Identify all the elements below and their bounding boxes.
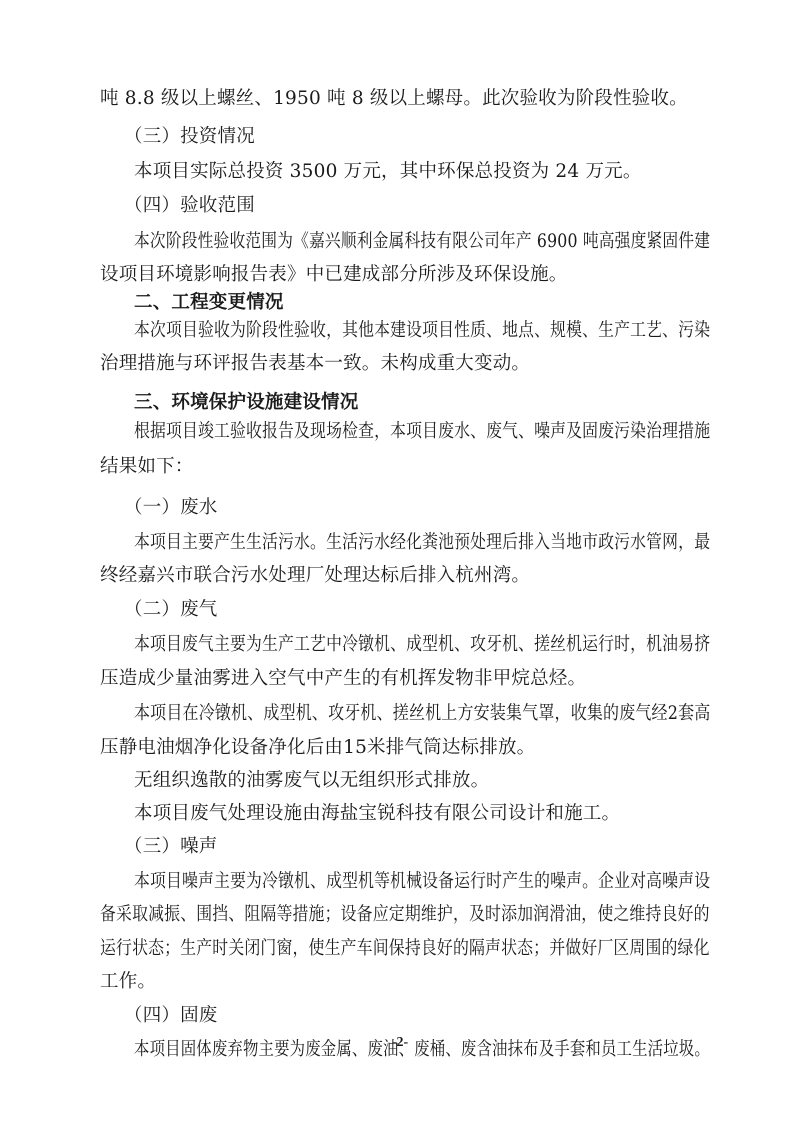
subsection-heading: （四）固废	[124, 1004, 218, 1028]
body-text-line: 无组织逸散的油雾废气以无组织形式排放。	[134, 769, 489, 793]
body-text-line: 吨 8.8 级以上螺丝、1950 吨 8 级以上螺母。此次验收为阶段性验收。	[100, 87, 688, 111]
body-text-line: 本项目在冷镦机、成型机、攻牙机、搓丝机上方安装集气罩，收集的废气经2套高	[134, 702, 710, 726]
body-text-line: 设项目环境影响报告表》中已建成部分所涉及环保设施。	[100, 263, 568, 287]
body-text-line: 终经嘉兴市联合污水处理厂处理达标后排入杭州湾。	[100, 564, 530, 588]
section-heading: 三、环境保护设施建设情况	[134, 391, 358, 415]
body-text-line: 工作。	[100, 970, 156, 994]
body-text-line: 本项目主要产生生活污水。生活污水经化粪池预处理后排入当地市政污水管网，最	[134, 531, 710, 555]
body-text-line: 本项目废气主要为生产工艺中冷镦机、成型机、攻牙机、搓丝机运行时，机油易挤	[134, 633, 710, 657]
body-text-line: 备采取减振、围挡、阻隔等措施；设备应定期维护，及时添加润滑油，使之维持良好的	[100, 903, 710, 927]
body-text-line: 本项目废气处理设施由海盐宝锐科技有限公司设计和施工。	[134, 802, 620, 826]
body-text-line: 压造成少量油雾进入空气中产生的有机挥发物非甲烷总烃。	[100, 667, 586, 691]
body-text-line: 本项目噪声主要为冷镦机、成型机等机械设备运行时产生的噪声。企业对高噪声设	[134, 870, 710, 894]
body-text-line: 本次阶段性验收范围为《嘉兴顺利金属科技有限公司年产 6900 吨高强度紧固件建	[134, 230, 710, 254]
body-text-line: 压静电油烟净化设备净化后由15米排气筒达标排放。	[100, 736, 535, 760]
body-text-line: 运行状态；生产时关闭门窗，使生产车间保持良好的隔声状态；并做好厂区周围的绿化	[100, 937, 710, 961]
body-text-line: 结果如下：	[100, 455, 194, 479]
body-text-line: 根据项目竣工验收报告及现场检查，本项目废水、废气、噪声及固废污染治理措施	[134, 420, 710, 444]
section-heading: 二、工程变更情况	[134, 291, 284, 315]
subsection-heading: （一）废水	[124, 496, 218, 520]
body-text-line: 治理措施与环评报告表基本一致。未构成重大变动。	[100, 352, 530, 376]
body-text-line: 本项目实际总投资 3500 万元，其中环保总投资为 24 万元。	[134, 160, 642, 184]
page-number: -2-	[0, 1035, 800, 1051]
subsection-heading: （二）废气	[124, 598, 218, 622]
body-text-line: 本次项目验收为阶段性验收，其他本建设项目性质、地点、规模、生产工艺、污染	[134, 319, 710, 343]
subsection-heading: （四）验收范围	[124, 194, 255, 218]
subsection-heading: （三）噪声	[124, 835, 218, 859]
document-page: 吨 8.8 级以上螺丝、1950 吨 8 级以上螺母。此次验收为阶段性验收。（三…	[0, 0, 800, 1130]
subsection-heading: （三）投资情况	[124, 125, 255, 149]
